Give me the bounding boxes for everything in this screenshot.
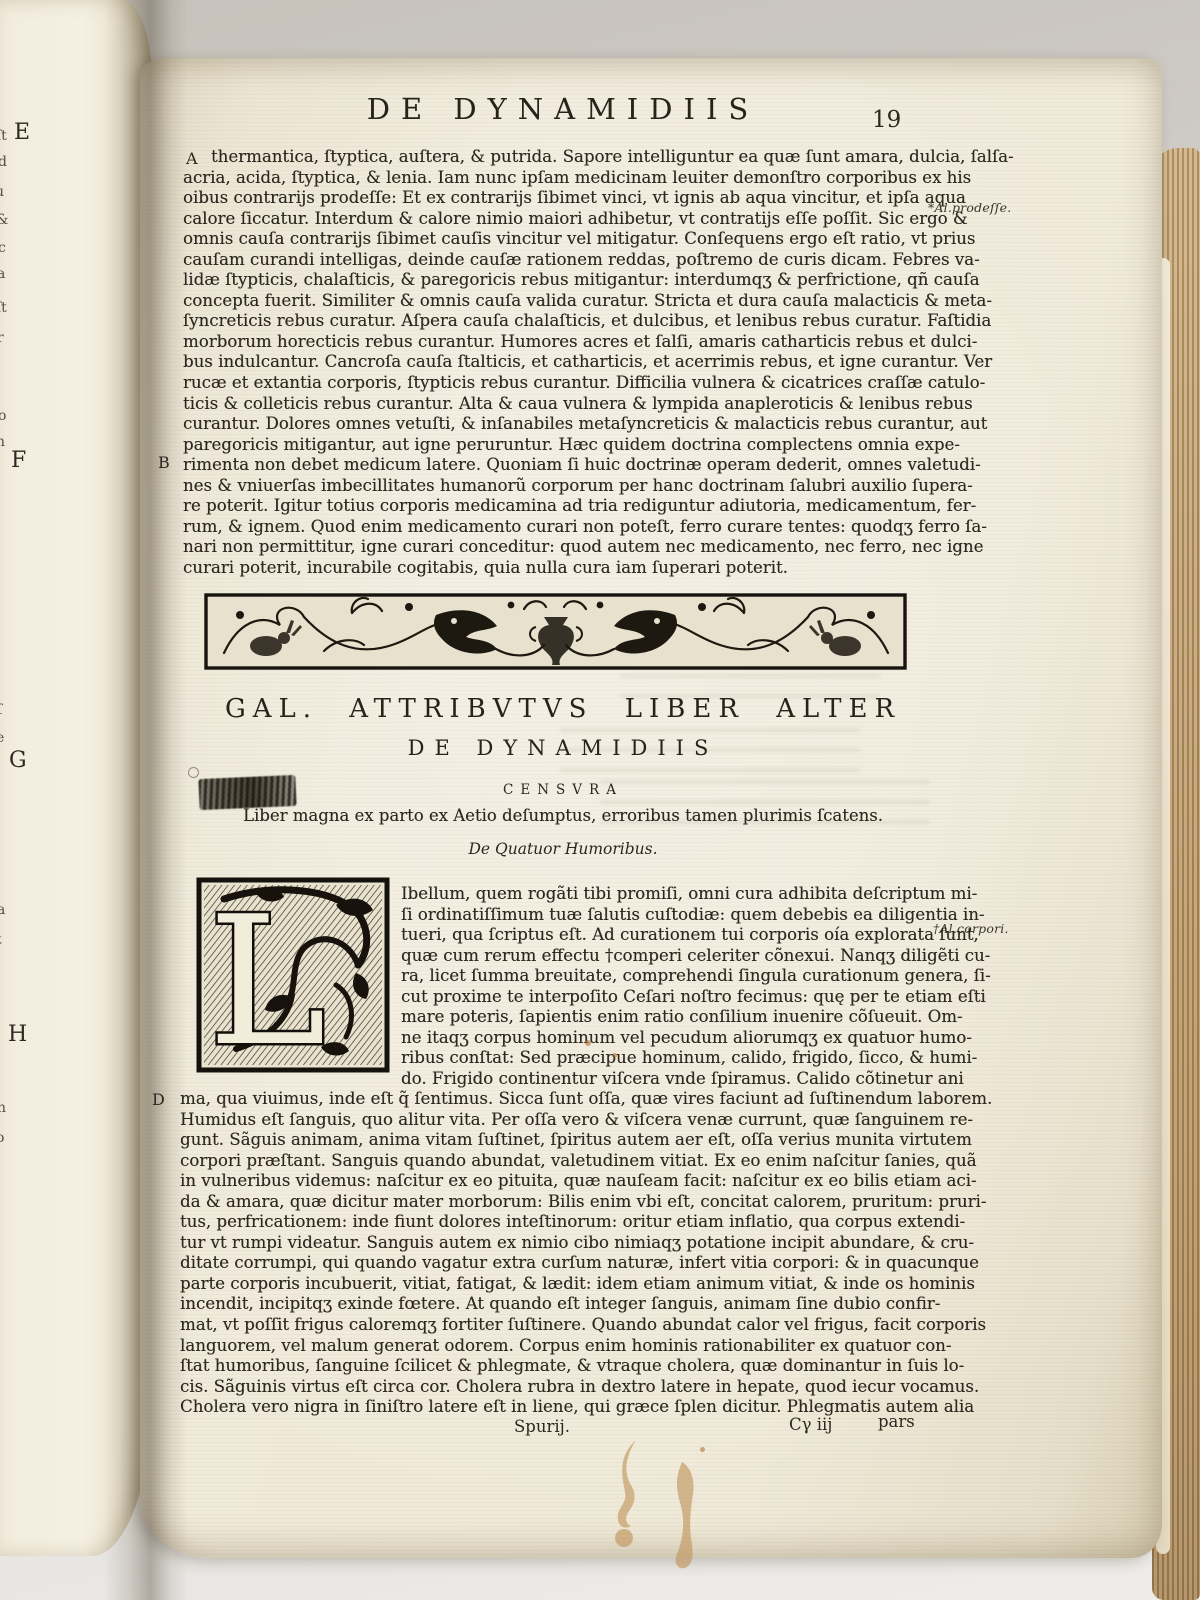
body-text-line: gunt. Sãguis animam, anima vitam ſuſtine… [180,1130,942,1151]
censura-heading: CENSVRA [183,782,943,798]
body-text-line: mare poteris, ſapientis enim ratio conſi… [401,1007,946,1028]
body-text-line: Humidus eſt ſanguis, quo alitur vita. Pe… [180,1110,942,1131]
decorated-initial-woodcut: L [196,877,390,1073]
margin-reference-letter: B [158,453,170,472]
section-subtitle: DE DYNAMIDIIS [183,736,943,760]
photo-of-open-book: ſtdu&caſtronſeatno EFGH DE DYNAMIDIIS 19… [0,0,1200,1600]
body-text-line: calore ſiccatur. Interdum & calore nimio… [183,209,943,230]
body-text-line: curantur. Dolores omnes vetuſti, & inſan… [183,414,943,435]
facing-page-text-fragment: ſ [0,702,2,718]
facing-page-text-fragment: ſt [0,300,7,316]
facing-page-text-fragment: n [0,434,5,450]
facing-page-text-fragment: u [0,184,4,200]
body-text-line: ſtat humoribus, ſanguine ſcilicet & phle… [180,1356,942,1377]
facing-page-margin-letter: H [8,1022,27,1047]
body-text-line: omnis cauſa contrarijs ſibimet cauſis vi… [183,229,943,250]
body-text-line: ditate corrumpi, qui quando vagatur extr… [180,1253,942,1274]
body-paragraph-1: thermantica, ſtyptica, auſtera, & putrid… [183,147,943,578]
body-text-line: corpori præſtant. Sanguis quando abundat… [180,1151,942,1172]
body-text-line: thermantica, ſtyptica, auſtera, & putrid… [183,147,943,168]
body-text-line: ſyncreticis rebus curatur. Aſpera cauſa … [183,311,943,332]
body-text-line: cut proxime te interpoſito Ceſari noſtro… [401,987,946,1008]
facing-page-text-fragment: c [0,240,6,256]
facing-page-text-fragment: ſt [0,128,7,144]
body-text-line: nari non permittitur, igne curari conced… [183,537,943,558]
censura-line: Liber magna ex parto ex Aetio deſumptus,… [183,806,943,825]
facing-page-text-fragment: a [0,266,5,282]
ink-stamp-smudge [198,775,296,810]
body-text-line: ra, licet ſumma breuitate, comprehendi ſ… [401,966,946,987]
facing-page-margin-letter: G [9,748,27,773]
body-text-line: do. Frigido continentur viſcera vnde ſpi… [401,1069,946,1090]
body-text-line: languorem, vel malum generat odorem. Cor… [180,1336,942,1357]
body-text-line: mat, vt poſſit frigus caloremqʒ fortiter… [180,1315,942,1336]
headband-woodcut-ornament [204,593,907,670]
body-text-line: in vulneribus videmus: naſcitur ex eo pi… [180,1171,942,1192]
body-text-line: acria, acida, ſtyptica, & lenia. Iam nun… [183,168,943,189]
facing-page-text-fragment: e [0,730,4,746]
body-text-line: ſi ordinatiſſimum tuæ ſalutis cuſtodiæ: … [401,905,946,926]
drop-cap-letter: L [208,878,326,1073]
body-text-line: rimenta non debet medicum latere. Quonia… [183,455,943,476]
facing-page-text-fragment: & [0,212,8,228]
body-text-line: cis. Sãguinis virtus eſt circa cor. Chol… [180,1377,942,1398]
margin-reference-letter: D [152,1090,165,1109]
body-text-line: bus indulcantur. Cancroſa cauſa ſtaltici… [183,352,943,373]
body-text-line: lidæ ſtypticis, chalaſticis, & paregoric… [183,270,943,291]
facing-page-text-fragment: n [0,1100,6,1116]
body-text-line: da & amara, quæ dicitur mater morborum: … [180,1192,942,1213]
body-text-line: tus, perfricationem: inde fiunt dolores … [180,1212,942,1233]
running-title: DE DYNAMIDIIS [183,92,943,126]
body-text-line: rucæ et extantia corporis, ſtypticis reb… [183,373,943,394]
body-text-line: ma, qua viuimus, inde eſt q̃ ſentimus. S… [180,1089,942,1110]
body-text-line: rum, & ignem. Quod enim medicamento cura… [183,517,943,538]
facing-page-margin-letter: F [11,448,26,473]
footer-signature-word: Spurij. [514,1417,570,1436]
facing-page-text-fragment: o [0,408,6,424]
body-text-line: ticis & colleticis rebus curantur. Alta … [183,394,943,415]
body-text-line: oibus contrarijs prodeſſe: Et ex contrar… [183,188,943,209]
body-text-line: Ibellum, quem rogãti tibi promiſi, omni … [401,884,946,905]
body-text-line: cauſam curandi intelligas, deinde cauſæ … [183,250,943,271]
body-paragraph-3: ma, qua viuimus, inde eſt q̃ ſentimus. S… [180,1089,942,1418]
facing-page-edge: ſtdu&caſtronſeatno EFGH [0,0,152,1556]
body-text-line: morborum horecticis rebus curantur. Humo… [183,332,943,353]
body-text-line: ne itaqʒ corpus hominum vel pecudum alio… [401,1028,946,1049]
body-text-line: tueri, qua ſcriptus eſt. Ad curationem t… [401,925,946,946]
facing-page-text-fragment: a [0,902,5,918]
facing-page-text-fragment: r [0,330,4,346]
catchword: pars [878,1412,915,1431]
body-text-line: paregoricis mitigantur, aut igne perurun… [183,435,943,456]
body-text-line: curari poterit, incurabile cogitabis, qu… [183,558,943,579]
body-text-line: parte corporis incubuerit, vitiat, fatig… [180,1274,942,1295]
body-text-line: tur vt rumpi videatur. Sanguis autem ex … [180,1233,942,1254]
page-number: 19 [872,107,901,133]
foxing-spot [585,1040,591,1046]
facing-page-margin-letter: E [14,120,30,145]
body-text-line: ribus conſtat: Sed præcipue hominum, cal… [401,1048,946,1069]
foxing-spot [700,1447,705,1452]
facing-page-text-fragment: t [0,932,2,948]
body-text-line: nes & vniuerſas imbecillitates humanorũ … [183,476,943,497]
facing-page-text-fragment: o [0,1130,4,1146]
body-paragraph-2: Ibellum, quem rogãti tibi promiſi, omni … [401,884,946,1089]
body-text-line: quæ cum rerum effectu †comperi celeriter… [401,946,946,967]
body-text-line: concepta fuerit. Similiter & omnis cauſa… [183,291,943,312]
body-text-line: re poterit. Igitur totius corporis medic… [183,496,943,517]
quire-signature: Cγ iij [789,1415,832,1434]
ink-ring-mark [188,767,199,778]
body-text-line: incendit, incipitqʒ exinde fœtere. At qu… [180,1294,942,1315]
ink-stain [598,1434,728,1594]
section-title: GAL. ATTRIBVTVS LIBER ALTER [183,694,943,724]
foxing-spot [612,1053,617,1058]
facing-page-text-fragment: d [0,154,7,170]
chapter-subtitle: De Quatuor Humoribus. [183,840,943,858]
